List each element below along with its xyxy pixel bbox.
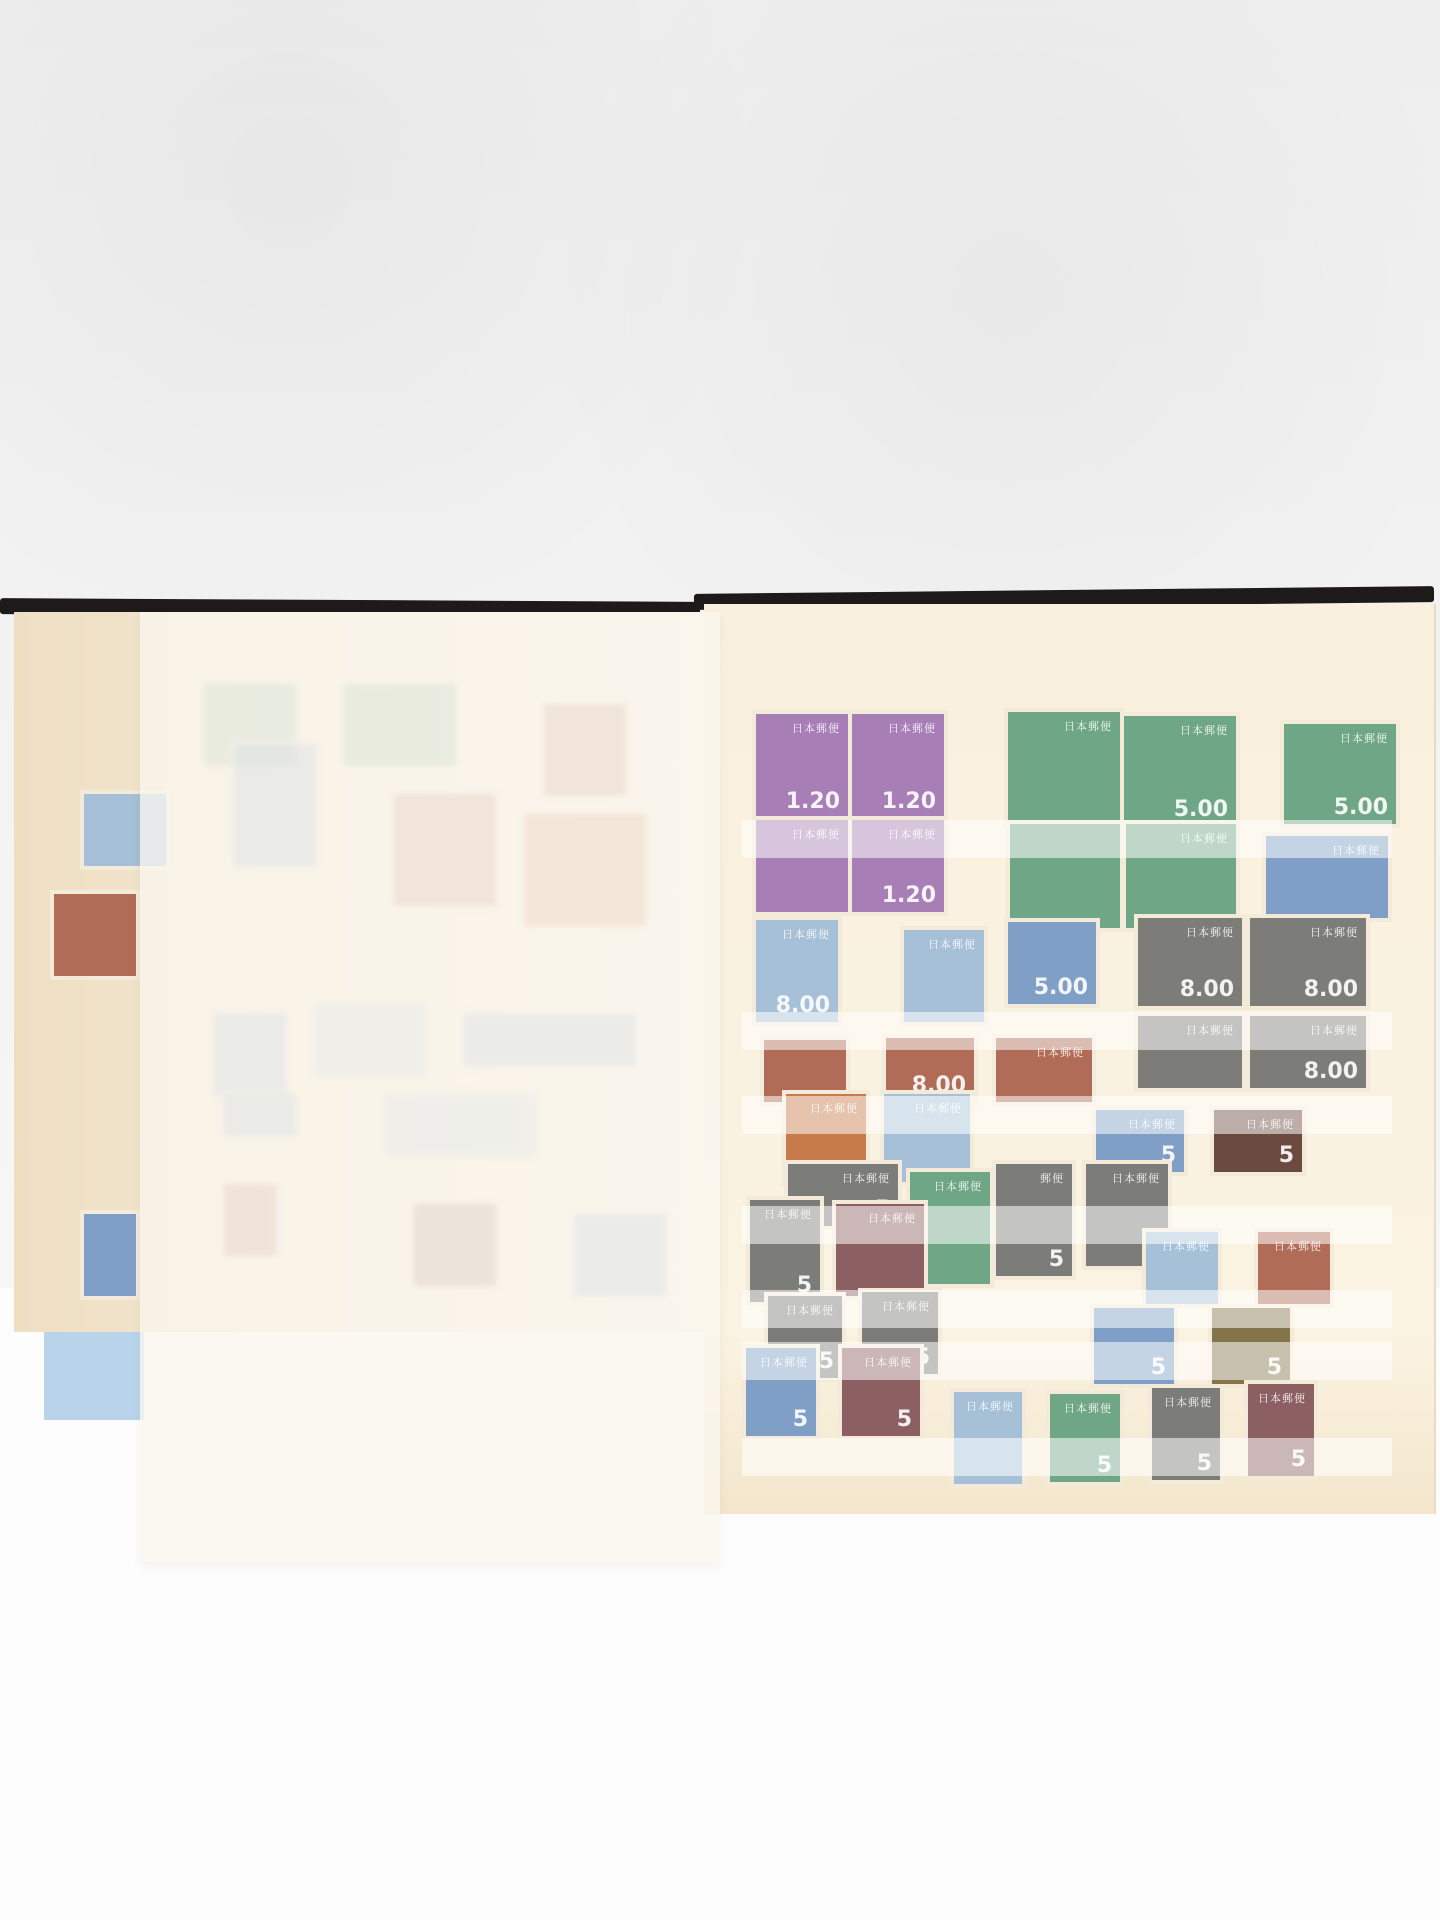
stamp-denomination: 1.20 [882,789,936,814]
stamp-gymnastics-split[interactable] [80,1210,140,1300]
stockbook-strip [742,1438,1392,1476]
stamp-football[interactable]: 日本郵便 [1004,708,1124,828]
stamp-country-label: 日本郵便 [1186,924,1234,940]
stamp-denomination: 5.00 [1334,795,1388,820]
stamp-denomination: 1.20 [882,883,936,908]
stamp-sailing[interactable]: 日本郵便8.00 [1246,914,1370,1010]
stamp-country-label: 郵便 [1040,1170,1064,1186]
stamp-hurdles[interactable]: 日本郵便1.20 [752,710,852,822]
stamp-high-jump[interactable]: 日本郵便5.00 [1280,720,1400,828]
stamp-denomination: 1.20 [786,789,840,814]
stamp-country-label: 日本郵便 [842,1170,890,1186]
stamp-diving[interactable]: 日本郵便1.20 [848,710,948,822]
stamp-denomination: 5 [793,1407,808,1432]
stamp-country-label: 日本郵便 [792,720,840,736]
stockbook-strip [742,1096,1392,1134]
stamp-diving[interactable]: 日本郵便 [900,926,988,1026]
stamp-denomination: 5.00 [1174,797,1228,822]
stamp-country-label: 日本郵便 [1340,730,1388,746]
stamp-skiing[interactable] [50,890,140,980]
glassine-interleaf[interactable] [140,612,720,1562]
stamp-denomination: 5 [897,1407,912,1432]
stamp-cycling[interactable]: 日本郵便5.00 [1120,712,1240,830]
stockbook-strip [742,1206,1392,1244]
stamp-country-label: 日本郵便 [1310,924,1358,940]
stockbook-strip [742,1012,1392,1050]
stamp-country-label: 日本郵便 [782,926,830,942]
stamp-country-label: 日本郵便 [1112,1170,1160,1186]
stamp-country-label: 日本郵便 [888,720,936,736]
stamp-country-label: 日本郵便 [1064,718,1112,734]
stockbook-strip [742,1290,1392,1328]
stamp-denomination: 8.00 [1304,1059,1358,1084]
wall [0,0,1440,600]
stamp-country-label: 日本郵便 [1164,1394,1212,1410]
stamp-denomination: 8.00 [1180,977,1234,1002]
stamp-denomination: 5 [1049,1247,1064,1272]
stockbook-strip [742,820,1392,858]
stamp-denomination: 8.00 [1304,977,1358,1002]
stamp-country-label: 日本郵便 [1180,722,1228,738]
stamp-country-label: 日本郵便 [966,1398,1014,1414]
stamp-country-label: 日本郵便 [928,936,976,952]
stamp-denomination: 5 [1279,1143,1294,1168]
stamp-country-label: 日本郵便 [934,1178,982,1194]
stockbook-strip [742,1342,1392,1380]
stamp-country-label: 日本郵便 [1064,1400,1112,1416]
stamp-denomination: 5.00 [1034,975,1088,1000]
stamp-swimming[interactable]: 5.00 [1004,918,1100,1008]
stamp-country-label: 日本郵便 [1258,1390,1306,1406]
stamp-javelin[interactable]: 日本郵便8.00 [1134,914,1246,1010]
stamp-swimming[interactable]: 日本郵便8.00 [752,916,842,1026]
